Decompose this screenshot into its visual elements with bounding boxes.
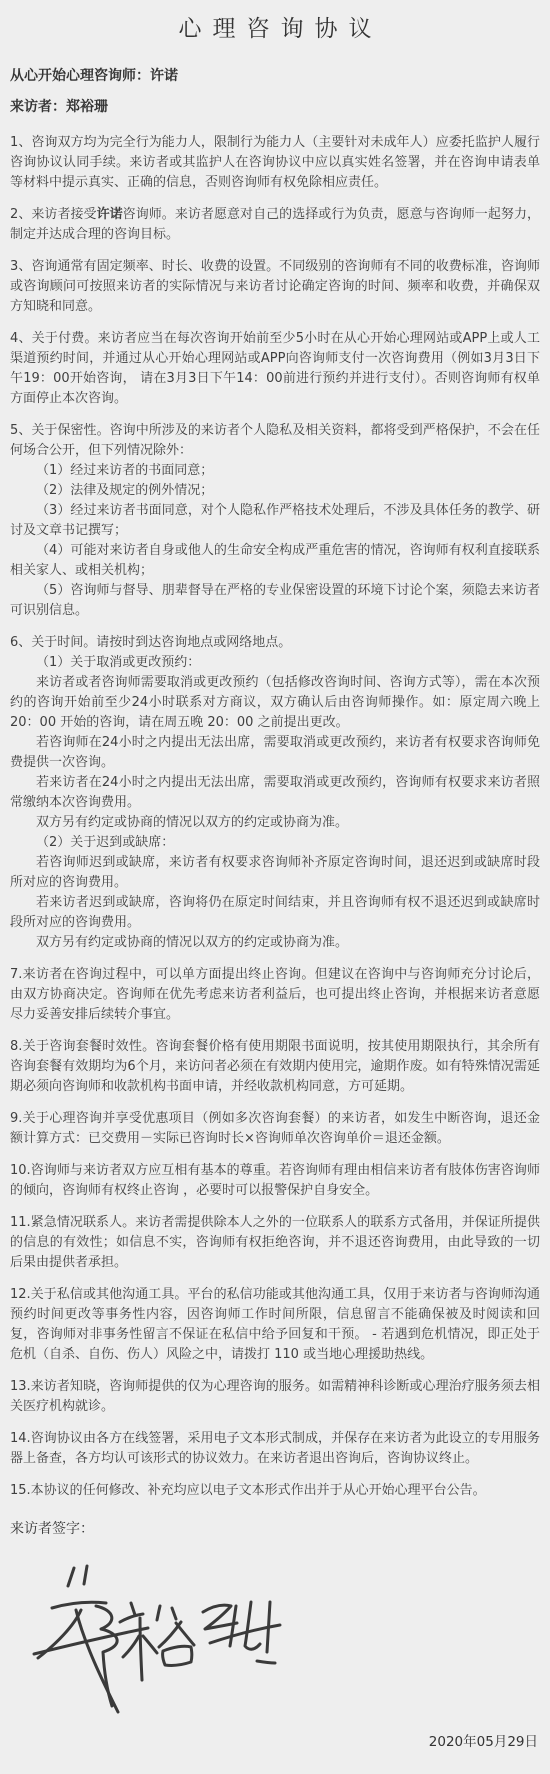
paragraph-15: 15.本协议的任何修改、补充均应以电子文本形式作出并于从心开始心理平台公告。 [10, 1481, 540, 1501]
paragraph-2: 2、来访者接受许诺咨询师。来访者愿意对自己的选择或行为负责，愿意与咨询师一起努力… [10, 205, 540, 245]
paragraph-13: 13.来访者知晓，咨询师提供的仅为心理咨询的服务。如需精神科诊断或心理治疗服务须… [10, 1377, 540, 1417]
paragraph-5-item-1: （1）经过来访者的书面同意； [10, 461, 540, 481]
paragraph-6-item-2: （2）关于迟到或缺席： [10, 833, 540, 853]
counselor-name: 许诺 [150, 68, 178, 84]
paragraph-12: 12.关于私信或其他沟通工具。平台的私信功能或其他沟通工具，仅用于来访者与咨询师… [10, 1285, 540, 1365]
paragraph-6-item-1-c: 若来访者在24小时之内提出无法出席，需要取消或更改预约，咨询师有权要求来访者照常… [10, 773, 540, 813]
paragraph-5-item-4: （4）可能对来访者自身或他人的生命安全构成严重危害的情况，咨询师有权利直接联系相… [10, 541, 540, 581]
paragraph-6-item-2-a: 若咨询师迟到或缺席，来访者有权要求咨询师补齐原定咨询时间，退还迟到或缺席时段所对… [10, 853, 540, 893]
paragraph-6: 6、关于时间。请按时到达咨询地点或网络地点。 [10, 633, 540, 653]
signature-label: 来访者签字： [10, 1518, 540, 1538]
counselor-line: 从心开始心理咨询师：许诺 [10, 65, 540, 85]
paragraph-6-item-2-c: 双方另有约定或协商的情况以双方的约定或协商为准。 [10, 933, 540, 953]
handwritten-signature [24, 1548, 289, 1718]
paragraph-6-item-1-b: 若咨询师在24小时之内提出无法出席，需要取消或更改预约，来访者有权要求咨询师免费… [10, 733, 540, 773]
paragraph-5: 5、关于保密性。咨询中所涉及的来访者个人隐私及相关资料，都将受到严格保护，不会在… [10, 421, 540, 461]
visitor-line: 来访者：郑裕珊 [10, 96, 540, 116]
document-body: 1、咨询双方均为完全行为能力人，限制行为能力人（主要针对未成年人）应委托监护人履… [10, 133, 540, 1501]
paragraph-14: 14.咨询协议由各方在线签署，采用电子文本形式制成，并保存在来访者为此设立的专用… [10, 1429, 540, 1469]
paragraph-10: 10.咨询师与来访者双方应互相有基本的尊重。若咨询师有理由相信来访者有肢体伤害咨… [10, 1161, 540, 1201]
paragraph-3: 3、咨询通常有固定频率、时长、收费的设置。不同级别的咨询师有不同的收费标准，咨询… [10, 257, 540, 317]
paragraph-8: 8.关于咨询套餐时效性。咨询套餐价格有使用期限书面说明，按其使用期限执行，其余所… [10, 1037, 540, 1097]
paragraph-1: 1、咨询双方均为完全行为能力人，限制行为能力人（主要针对未成年人）应委托监护人履… [10, 133, 540, 193]
paragraph-9: 9.关于心理咨询并享受优惠项目（例如多次咨询套餐）的来访者，如发生中断咨询，退还… [10, 1109, 540, 1149]
page-title: 心理咨询协议 [10, 10, 540, 43]
paragraph-5-item-5: （5）咨询师与督导、朋辈督导在严格的专业保密设置的环境下讨论个案，须隐去来访者可… [10, 581, 540, 621]
paragraph-6-item-1-d: 双方另有约定或协商的情况以双方的约定或协商为准。 [10, 813, 540, 833]
counselor-label: 从心开始心理咨询师： [10, 68, 150, 84]
paragraph-6-item-1-a: 来访者或者咨询师需要取消或更改预约（包括修改咨询时间、咨询方式等），需在本次预约… [10, 673, 540, 733]
paragraph-5-item-3: （3）经过来访者书面同意，对个人隐私作严格技术处理后，不涉及具体任务的教学、研讨… [10, 501, 540, 541]
paragraph-6-item-2-b: 若来访者迟到或缺席，咨询将仍在原定时间结束，并且咨询师有权不退还迟到或缺席时段所… [10, 893, 540, 933]
paragraph-4: 4、关于付费。来访者应当在每次咨询开始前至少5小时在从心开始心理网站或APP上或… [10, 329, 540, 409]
visitor-name: 郑裕珊 [66, 99, 108, 115]
paragraph-7: 7.来访者在咨询过程中，可以单方面提出终止咨询。但建议在咨询中与咨询师充分讨论后… [10, 965, 540, 1025]
visitor-label: 来访者： [10, 99, 66, 115]
agreement-document: 心理咨询协议 从心开始心理咨询师：许诺 来访者：郑裕珊 1、咨询双方均为完全行为… [0, 0, 550, 1750]
paragraph-11: 11.紧急情况联系人。来访者需提供除本人之外的一位联系人的联系方式备用，并保证所… [10, 1213, 540, 1273]
signing-date: 2020年05月29日 [10, 1730, 538, 1750]
paragraph-6-item-1: （1）关于取消或更改预约： [10, 653, 540, 673]
paragraph-5-item-2: （2）法律及规定的例外情况； [10, 481, 540, 501]
